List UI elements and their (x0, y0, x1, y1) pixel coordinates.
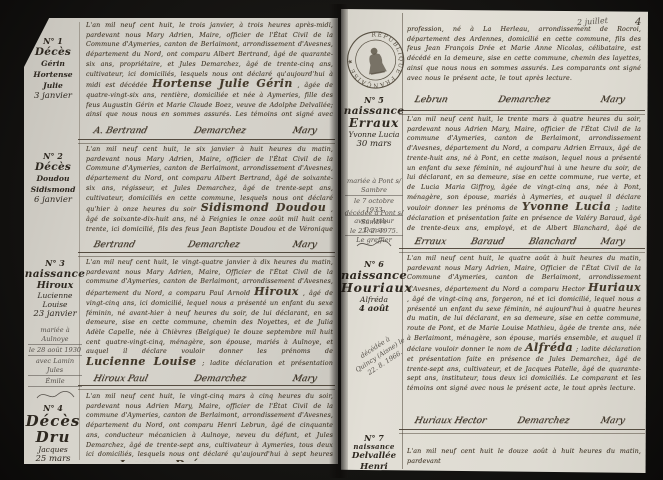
act-firstnames: Lucienne Louise (24, 291, 86, 309)
child-name: Lucienne Louise (86, 355, 196, 367)
note-line: avec Lamin Jules (28, 357, 82, 376)
signature: Mary (291, 374, 317, 384)
act-4-body-text: L'an mil neuf cent huit, le vingt-cinq m… (86, 392, 333, 462)
deceased-name: Sidismond Doudou (201, 201, 327, 214)
act-date: 25 mars (24, 454, 82, 465)
act-3-margin-note: N° 3 naissance Hiroux Lucienne Louise 23… (24, 258, 86, 402)
marriage-margin-note: mariée à Aulnoyele 28 août 1930avec Lami… (24, 326, 86, 387)
act-date: 23 janvier (24, 309, 86, 320)
act-number: N° 3 (24, 258, 86, 268)
act-1-body-text: L'an mil neuf cent huit, le trois janvie… (86, 21, 333, 118)
act-5: L'an mil neuf cent huit, le trente mars … (341, 113, 648, 247)
act-2-body-text: L'an mil neuf cent huit, le six janvier … (86, 145, 333, 233)
signature: Demarchez (193, 374, 247, 384)
register-page-right: 2 juillet 4 RÉPUBLIQUE FRANÇAISE ★ profe… (341, 9, 648, 473)
signature: Demarchez (497, 95, 551, 105)
act-1-signatures: A. BertrandDemarchezMary (84, 123, 334, 136)
signature: Bertrand (92, 240, 136, 250)
act-name: Dru (24, 429, 82, 445)
signature: Mary (599, 416, 625, 426)
signature: Mary (291, 240, 317, 250)
act-name: Hiroux (24, 280, 86, 291)
signature: Mary (599, 237, 625, 247)
act-4-margin-note: N° 4 Décès Dru Jacques 25 mars (24, 403, 82, 465)
act-name: Doudou Sidismond (24, 173, 82, 195)
father-name: Hiroux (254, 285, 299, 298)
deceased-name: Jacques Drée (119, 458, 206, 462)
act-number: N° 1 (24, 36, 82, 46)
act-number: N° 2 (24, 151, 82, 161)
register-page-left: N° 1 Décès Gérin Hortense Julie 3 janvie… (24, 18, 338, 464)
act-5-signatures: ErrauxBaraudBlanchardMary (405, 234, 642, 247)
act-type: naissance (24, 268, 86, 280)
act-5-body-text: L'an mil neuf cent huit, le trente mars … (407, 115, 641, 231)
signature: A. Bertrand (92, 126, 148, 136)
child-name: Alfréda (525, 341, 573, 354)
act-7: L'an mil neuf cent huit le douze août à … (341, 433, 648, 469)
note-line: Émile (28, 377, 82, 387)
register-scan: N° 1 Décès Gérin Hortense Julie 3 janvie… (0, 0, 663, 480)
signature: Demarchez (193, 126, 247, 136)
deceased-name: Hortense Julie Gérin (152, 77, 293, 90)
act-date: 11 août (341, 473, 407, 480)
act-4-continuation: profession, né à La Herleau, arrondissem… (341, 9, 648, 109)
signature: Hiroux Paul (92, 374, 148, 384)
signature: Demarchez (187, 240, 241, 250)
note-line: mariée à Aulnoye (28, 326, 82, 345)
signature: Huriaux Hector (413, 416, 487, 426)
signature: Demarchez (516, 416, 570, 426)
act-1-margin-note: N° 1 Décès Gérin Hortense Julie 3 janvie… (24, 36, 82, 102)
act-6-signatures: Huriaux HectorDemarchezMary (405, 413, 642, 426)
act-date: 6 janvier (24, 195, 82, 206)
signature: Blanchard (528, 237, 577, 247)
act-number: N° 5 (341, 95, 407, 105)
act-4: N° 4 Décès Dru Jacques 25 mars L'an mil … (24, 389, 338, 464)
father-name: Huriaux (588, 281, 641, 294)
signature: Lebrun (413, 95, 448, 105)
act-7-body-text: L'an mil neuf cent huit le douze août à … (407, 447, 641, 467)
act-4-continuation-text: profession, né à La Herleau, arrondissem… (407, 25, 641, 85)
signature: Mary (291, 126, 317, 136)
act-3-signatures: Hiroux PaulDemarchezMary (84, 371, 334, 384)
act-3: N° 3 naissance Hiroux Lucienne Louise 23… (24, 256, 338, 384)
signature: Baraud (470, 237, 506, 247)
act-firstnames: Jacques (24, 445, 82, 454)
note-line: le 28 août 1930 (28, 346, 82, 356)
act-2-signatures: BertrandDemarchezMary (84, 237, 334, 250)
signature: Mary (599, 95, 625, 105)
act-6-body-text: L'an mil neuf cent huit, le quatre août … (407, 254, 641, 409)
act-1: N° 1 Décès Gérin Hortense Julie 3 janvie… (24, 18, 338, 138)
act-6: L'an mil neuf cent huit, le quatre août … (341, 251, 648, 427)
signature: Erraux (413, 237, 447, 247)
act-type: Décès (24, 413, 82, 429)
act-type: Décès (24, 46, 82, 58)
child-name: Yvonne Lucia (522, 200, 611, 213)
act-2: N° 2 Décès Doudou Sidismond 6 janvier L'… (24, 143, 338, 251)
act-2-margin-note: N° 2 Décès Doudou Sidismond 6 janvier (24, 151, 82, 206)
act-name: Gérin Hortense Julie (24, 58, 82, 91)
act-date: 3 janvier (24, 91, 82, 102)
act-3-body-text: L'an mil neuf cent huit, le vingt-quatre… (86, 258, 333, 367)
act-type: Décès (24, 161, 82, 173)
act-4-signatures: LebrunDemarchezMary (405, 92, 642, 105)
